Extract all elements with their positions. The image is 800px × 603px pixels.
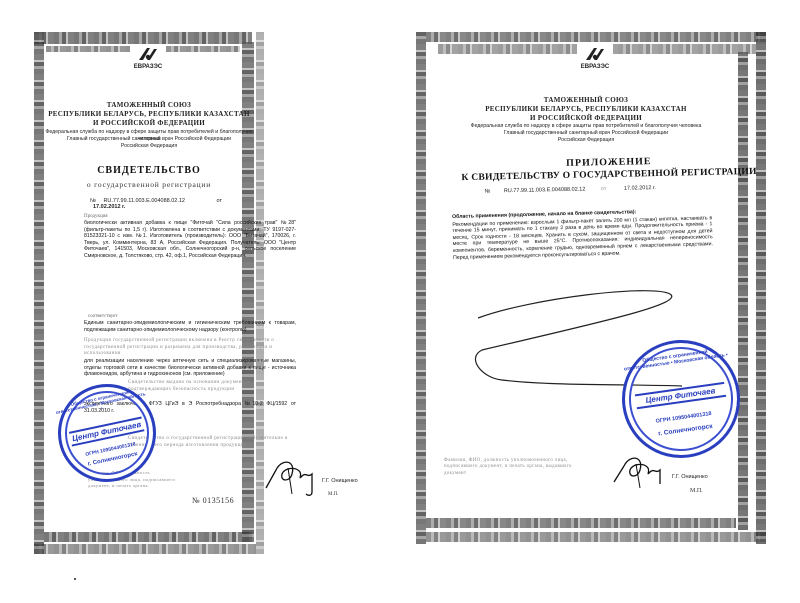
frame-edge-bottom-outer — [34, 544, 256, 554]
reg-date: 17.02.2012 г. — [93, 204, 125, 210]
frame-edge-right — [738, 52, 748, 530]
header-line-3: И РОССИЙСКОЙ ФЕДЕРАЦИИ — [44, 119, 254, 128]
frame-edge-bottom — [44, 532, 252, 542]
frame-edge-left — [416, 32, 426, 544]
emblem-label: ЕВРАЗЭС — [581, 64, 610, 70]
eurasec-logo-icon — [584, 44, 606, 64]
product-description: биологически активная добавка к пище "Фи… — [84, 220, 296, 260]
agency-line-3: Российская Федерация — [44, 143, 254, 150]
frame-edge-top — [34, 32, 252, 44]
header-line-1: ТАМОЖЕННЫЙ СОЮЗ — [44, 101, 254, 110]
scope-text: Рекомендации по применению: взрослым 1 ф… — [452, 215, 713, 261]
header-line-3: И РОССИЙСКОЙ ФЕДЕРАЦИИ — [436, 114, 736, 123]
agency-line-1: Федеральная служба по надзору в сфере за… — [436, 123, 736, 130]
agency-line-2: Главный государственный санитарный врач … — [436, 130, 736, 137]
signer-name: Г.Г. Онищенко — [322, 478, 358, 484]
scope-block: Область применения (продолжение, начало … — [452, 207, 713, 261]
date-prefix: от — [217, 198, 222, 204]
registry-note: Продукция государственной регистрации вк… — [84, 338, 296, 358]
document-title: СВИДЕТЕЛЬСТВО — [44, 165, 254, 176]
serial-number: № 0135156 — [192, 496, 234, 505]
mp-label: М.П. — [690, 488, 703, 494]
frame-edge-top — [426, 32, 766, 42]
agency-line-3: Российская Федерация — [436, 137, 736, 144]
mp-label: М.П. — [328, 492, 339, 497]
reg-prefix: № — [484, 188, 490, 194]
header-line-1: ТАМОЖЕННЫЙ СОЮЗ — [436, 96, 736, 105]
frame-edge-bottom — [426, 518, 736, 528]
frame-edge-left — [34, 32, 44, 554]
frame-edge-bottom-outer — [426, 532, 766, 542]
product-label: Продукция — [84, 214, 108, 219]
emblem-label: ЕВРАЗЭС — [134, 64, 163, 70]
basis-note: Свидетельство выдано на основании докуме… — [128, 380, 296, 393]
header-line-2: РЕСПУБЛИКИ БЕЛАРУСЬ, РЕСПУБЛИКИ КАЗАХСТА… — [44, 110, 254, 119]
eurasec-emblem: ЕВРАЗЭС — [577, 44, 613, 70]
appendix-title-block: ПРИЛОЖЕНИЕ К СВИДЕТЕЛЬСТВУ О ГОСУДАРСТВЕ… — [440, 0, 770, 3]
stamp-center-text: Центр Фиточаев — [635, 382, 726, 409]
scan-speck — [74, 578, 76, 580]
eurasec-emblem: ЕВРАЗЭС — [130, 44, 166, 70]
signature — [610, 448, 670, 494]
frame-edge-right-outer — [756, 32, 766, 544]
signer-name: Г.Г. Онищенко — [672, 474, 708, 480]
header-line-2: РЕСПУБЛИКИ БЕЛАРУСЬ, РЕСПУБЛИКИ КАЗАХСТА… — [436, 105, 736, 114]
signature — [262, 452, 322, 502]
date-prefix: от — [601, 186, 607, 192]
requirements-text: Единым санитарно-эпидемиологическим и ги… — [84, 320, 296, 333]
registration-line: № RU.77.99.11.003.Е.004088.02.12 от 17.0… — [90, 198, 250, 210]
eurasec-logo-icon — [137, 44, 159, 64]
reg-date: 17.02.2012 г. — [624, 185, 656, 192]
requirements-label: соответствует — [88, 314, 118, 319]
agency-line-2: Главный государственный санитарный врач … — [44, 136, 254, 143]
signatory-note: Фамилия, ФИО, должность уполномоченного … — [444, 458, 594, 477]
document-subtitle: о государственной регистрации — [44, 180, 254, 189]
usage-text: для реализации населению через аптечную … — [84, 358, 296, 378]
